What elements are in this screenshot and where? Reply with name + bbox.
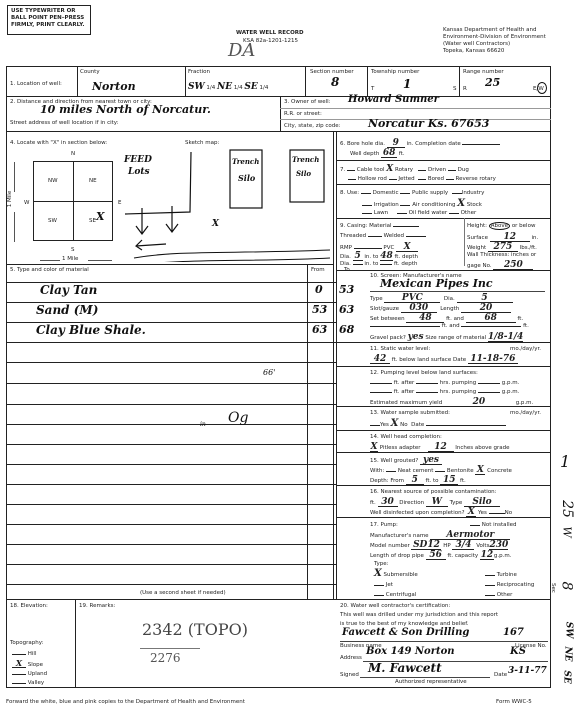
not-installed-label: Not installed [482,522,517,528]
note-66: 66' [263,368,275,377]
static-value[interactable]: 42 [370,355,390,364]
capacity-value[interactable]: 12 [480,551,494,560]
address-label: Address [340,655,362,661]
sample-no: No [400,422,407,428]
completion-label: Completion date [415,141,461,147]
hp-value[interactable]: 3/4 [452,541,474,550]
grout-depth-from: Depth: From [370,478,404,484]
grid-se: SE [89,218,96,224]
pump-mfr[interactable]: Aermotor [430,531,510,540]
range-r: R [463,86,467,92]
screen-type[interactable]: PVC [384,294,440,303]
hill-check[interactable] [12,654,26,655]
owner-value[interactable]: Howard Sumner [348,96,439,104]
public-supply-check[interactable] [400,193,410,194]
centrifugal-label: Centrifugal [386,592,416,598]
disinfected-no: No [505,510,512,516]
neat-cement-check[interactable] [386,471,396,472]
surface-row: Surface 12 in. [467,233,538,242]
hrs-1: hrs. pumping [440,380,476,386]
wellhead-row: X Pitless adapter 12 Inches above grade [370,443,510,452]
concrete-label: Concrete [487,468,512,474]
agency-line4: Topeka, Kansas 66620 [443,48,504,54]
gpm-1: g.p.m. [502,380,520,386]
public-supply-label: Public supply [412,190,448,196]
fraction-2: NE [217,82,232,92]
method-row-1: 7. Cable tool X Rotary Driven Dug [340,165,469,173]
lawn-label: Lawn [374,210,388,216]
wellhead-label: 14. Well head completion: [370,434,442,440]
turbine-label: Turbine [497,572,517,578]
compass-n: N [71,151,75,157]
gage-label: gage No. [467,263,492,269]
owner-label: 3. Owner of well: [284,99,331,105]
city-value[interactable]: Norcatur Ks. 67653 [368,120,489,128]
reverse-rotary-check[interactable] [446,179,454,180]
sample-yes: Yes [380,422,389,428]
material-3: Clay Blue Shale. [36,326,146,334]
capacity-label: ft. capacity [447,553,478,559]
county-label: County [80,69,100,75]
domestic-check[interactable] [361,193,371,194]
screen-dia[interactable]: 5 [457,294,513,303]
signature[interactable]: M. Fawcett [368,664,442,672]
contamination-label: 16. Nearest source of possible contamina… [370,489,497,495]
materials-label: 5. Type and color of material [10,267,89,273]
threaded-label: Threaded [340,233,366,239]
pump-label: 17. Pump: [370,522,398,528]
lbs-label: lbs./ft. [520,245,537,251]
to-1[interactable]: 53 [339,286,354,294]
cont-type[interactable]: Silo [464,498,500,507]
oil-field-check[interactable] [397,213,407,214]
sketch-feed: FEED [124,156,152,164]
township-t: T [371,86,374,92]
grout-with-row: With: Neat cement Bentonite X Concrete [370,466,512,475]
from-2: 53 [312,306,327,314]
stamp: DA [228,40,255,61]
industry-check[interactable] [452,193,462,194]
surface-value[interactable]: 12 [490,233,530,242]
other-use-check[interactable] [449,213,459,214]
bore-label: 6. Bore hole dia. [340,141,385,147]
grout-ft: ft. [460,478,466,484]
casing-to2[interactable] [380,264,392,265]
threaded-row: Threaded Welded [340,233,426,239]
height-label: Height: [467,223,487,229]
slot-value[interactable]: 030 [401,304,437,313]
sample-date-fmt: mo./day/yr. [510,410,541,416]
cert-date[interactable]: 3-11-77 [508,667,547,675]
cert-text1: This well was drilled under my jurisdict… [340,612,498,618]
size-label: Size range of material [425,335,486,341]
grout-value[interactable]: yes [420,456,442,465]
rmp-label: RMP [340,245,352,251]
sketch-map: FEED Lots Trench Silo Trench Silo X [120,146,330,262]
bored-label: Bored [428,176,444,182]
range-label: Range number [463,69,504,75]
volts-label: Volts [476,543,489,549]
cont-type-label: Type [450,500,463,506]
license-no[interactable]: 167 [503,629,524,637]
grout-from-value[interactable]: 5 [406,476,424,485]
pump-types-right: Turbine Reciprocating Other [485,570,534,600]
instructions-box: USE TYPEWRITER OR BALL POINT PEN–PRESS F… [7,5,91,35]
quarter-1: 1/4 [206,85,215,91]
section-value[interactable]: 8 [331,78,339,86]
disinfected-yes: Yes [478,510,487,516]
margin-q1: SW [564,622,572,639]
set2-from[interactable] [370,326,440,327]
city-label: City, state, zip code: [284,123,340,129]
industry-label: Industry [462,190,485,196]
dug-check[interactable] [448,170,456,171]
quarter-2: 1/4 [234,85,243,91]
welded-label: Welded [384,233,404,239]
sketch-trench-2: Trench [292,156,319,164]
pvc-mark[interactable]: X [396,243,418,252]
valley-check[interactable] [12,683,26,684]
topography-options: Hill X Slope Upland Valley [12,650,47,688]
margin-sec-label: Sec [550,583,556,593]
set2-ft: ft. [523,323,529,329]
surface-label: Surface [467,235,488,241]
pitless-check[interactable]: X [370,443,378,452]
domestic-label: Domestic [373,190,399,196]
margin-q2: NE [564,646,572,661]
form-number: Form WWC-5 [496,699,532,705]
casing-dia2[interactable] [353,264,363,265]
gravel-label: Gravel pack? [370,335,406,341]
set-label: Set between [370,316,405,322]
reverse-rotary-label: Reverse rotary [456,176,496,182]
casing-material[interactable] [393,226,419,227]
ft-after-1: ft. after [394,380,415,386]
volts-value[interactable]: 230 [489,541,508,550]
signed-label: Signed [340,672,359,678]
bore-row: 6. Bore hole dia. 9 in. Completion date [340,139,500,148]
cable-tool-label: Cable tool [357,167,385,173]
pump-gpm-1[interactable] [478,383,500,384]
slot-label: Slot/gauze [370,306,399,312]
grout-with: With: [370,468,384,474]
rotary-label: Rotary [395,167,413,173]
margin-q3: SE [563,670,571,683]
mile-label-vertical: 1 Mile [7,191,13,207]
sketch-silo-1: Silo [238,174,255,182]
instructions-text: USE TYPEWRITER OR BALL POINT PEN–PRESS F… [11,8,87,29]
casing-to[interactable]: 48 [380,252,393,261]
inches-above-label: Inches above grade [455,445,509,451]
completion-date[interactable] [462,144,500,145]
margin-t: 1 [560,458,570,466]
reciprocating-label: Reciprocating [497,582,535,588]
pump-model-row: Model number SD12 HP 3/4 Volts230 [370,541,508,550]
irrigation-label: Irrigation [374,202,399,208]
disinfected-no-check[interactable] [489,513,505,514]
casing-dia2-label: Dia. [340,261,351,267]
grout-to-value[interactable]: 15 [440,476,458,485]
submersible-check[interactable]: X [374,568,382,579]
sketch-well-x: X [212,220,219,228]
elevation-label: 18. Elevation: [10,603,48,609]
jet-check[interactable] [374,585,384,586]
or-below: or below [512,223,536,229]
slope-check[interactable]: X [12,659,26,668]
hollow-rod-label: Hollow rod [358,176,387,182]
pump-type-label: Type: [374,561,389,567]
use-row-2: Irrigation Air conditioning X Stock [362,200,482,208]
set2-row: ft. and ft. [370,323,529,329]
set2-to[interactable] [461,326,521,327]
topography-label: Topography: [10,640,43,646]
air-conditioning-label: Air conditioning [412,202,455,208]
screen-manufacturer[interactable]: Mexican Pipes Inc [380,280,493,288]
margin-r: 25 [563,500,571,518]
gpm-2: g.p.m. [502,389,520,395]
township-s: S [453,86,457,92]
screen-dia-label: Dia. [444,296,455,302]
drop-label: Length of drop pipe [370,553,424,559]
wall-row: Wall Thickness: inches or [467,252,536,258]
section-grid[interactable]: NW NE SW SE X [33,161,113,241]
valley-label: Valley [28,680,44,686]
grout-ft-to: ft. to [425,478,438,484]
pump-ft-1[interactable] [370,383,392,384]
centrifugal-check[interactable] [374,595,384,596]
mile-label-horizontal: 1 Mile [62,256,78,262]
drop-value[interactable]: 56 [426,551,446,560]
casing-dia-label: Dia. [340,254,351,260]
cont-distance[interactable]: 30 [378,498,398,507]
grout-label: 15. Well grouted? [370,458,418,464]
set-ft-and: ft. and [446,316,464,322]
sample-no-check[interactable]: X [391,418,399,429]
casing-dia2-row: Dia. in. to ft. depth [340,261,417,267]
set2-ft-and: ft. and [442,323,460,329]
sketch-lots: Lots [128,168,150,176]
casing-material-row: 9. Casing: Material [340,223,419,229]
other-pump-check[interactable] [485,595,495,596]
depth-label: Well depth [350,151,379,157]
fraction-1: SW [188,82,205,92]
method-row-2: Hollow rod Jetted Bored Reverse rotary [348,176,496,182]
inches-value[interactable]: 12 [428,443,454,452]
contamination-row: ft. 30 Direction W Type Silo [370,498,500,507]
sketch-silo-2: Silo [296,170,311,178]
concrete-check[interactable]: X [475,466,485,475]
address-state: KS [510,648,526,656]
set-ft: ft. [517,316,523,322]
bentonite-check[interactable] [435,471,445,472]
irrigation-check[interactable] [362,205,372,206]
hill-label: Hill [28,651,37,657]
slope-label: Slope [28,662,43,668]
range-value[interactable]: 25 [485,79,500,87]
other-use-label: Other [461,210,477,216]
submersible-label: Submersible [384,572,418,578]
gage-row: gage No. 250 [467,261,533,270]
grid-ne: NE [89,178,97,184]
casing-in-to: in. to [364,254,378,260]
disinfected-row: Well disinfected upon completion? X Yes … [370,508,512,517]
pump-ft-2[interactable] [370,392,392,393]
other-pump-label: Other [497,592,513,598]
sketch-trench-1: Trench [232,158,259,166]
fraction-field[interactable]: SW 1/4 NE 1/4 SE 1/4 [188,83,268,91]
rmp-field[interactable] [354,248,382,249]
sample-row: Yes X No Date [370,420,506,428]
note-in: in [200,421,206,428]
use-row-1: 8. Use: Domestic Public supply Industry [340,190,484,196]
address-value[interactable]: Box 149 Norton [366,648,455,656]
pump-mfr-label: Manufacturer's name [370,533,429,539]
remarks-label: 19. Remarks: [79,603,115,609]
hp-label: HP [443,543,450,549]
jetted-check[interactable] [389,179,397,180]
margin-ew: W [563,526,571,537]
pump-types-left: X Submersible Jet Centrifugal [374,570,418,600]
depth-row: Well depth 68 ft. [350,149,405,158]
threaded-field[interactable] [368,236,382,237]
drop-pipe-row: Length of drop pipe 56 ft. capacity 12g.… [370,551,511,560]
remarks-line2: 2276 [150,651,181,665]
oil-field-label: Oil field water [409,210,447,216]
compass-w: W [24,200,29,206]
location-mark: X [96,213,105,221]
air-conditioning-check[interactable] [400,205,410,206]
jetted-label: Jetted [398,176,414,182]
cert-date-label: Date [494,672,507,678]
pumping-row-2: ft. after hrs. pumping g.p.m. [370,389,519,395]
casing-label: 9. Casing: Material [340,223,392,229]
county-value[interactable]: Norton [92,83,136,91]
grout-row: 15. Well grouted? yes [370,456,442,465]
disinfected-yes-check[interactable]: X [466,508,476,517]
casing-in-to2: in. to [364,261,378,267]
slot-row: Slot/gauze 030 Length 20 [370,304,511,313]
static-date-fmt: mo./day/yr. [510,346,541,352]
set-from[interactable]: 48 [406,314,444,323]
driven-check[interactable] [418,170,426,171]
size-value[interactable]: 1/8-1/4 [488,333,523,342]
pump-model[interactable]: SD12 [411,541,441,550]
pump-hrs-1[interactable] [416,383,438,384]
locate-label: 4. Locate with "X" in section below: [10,140,107,146]
hollow-rod-check[interactable] [348,179,356,180]
location-label: 1. Location of well: [10,81,62,87]
to-2[interactable]: 63 [339,306,354,314]
use-label: 8. Use: [340,190,359,196]
capacity-gpm: g.p.m. [494,553,512,559]
set-to[interactable]: 68 [466,314,516,323]
grout-depth-row: Depth: From 5 ft. to 15 ft. [370,476,466,485]
agency-line1: Kansas Department of Health and [443,27,536,33]
length-label: Length [440,306,459,312]
gravel-value[interactable]: yes [408,332,424,342]
bentonite-label: Bentonite [447,468,474,474]
length-value[interactable]: 20 [461,304,511,313]
business-name[interactable]: Fawcett & Son Drilling [342,629,469,637]
well-depth[interactable]: 68 [381,149,397,158]
sample-date[interactable] [426,425,506,426]
weight-row: Weight 275 lbs./ft. [467,243,537,252]
height-row: Height: Above or below [467,223,535,229]
casing-dia-row: Dia. 5 in. to 48 ft. depth [340,252,418,261]
township-value[interactable]: 1 [403,80,411,88]
stock-label: Stock [467,202,482,208]
cont-direction-label: Direction [399,500,424,506]
material-1: Clay Tan [40,286,97,294]
street-label: Street address of well location if in ci… [10,120,119,126]
agency-line3: (Water well Contractors) [443,41,510,47]
not-installed-check[interactable] [470,525,480,526]
fraction-3: SE [244,82,257,92]
materials-footer: (Use a second sheet if needed) [140,590,226,596]
screen-type-row: Type PVC Dia. 5 [370,294,513,303]
weight-label: Weight [467,245,486,251]
form-title: WATER WELL RECORD [236,30,304,36]
static-row: 42 ft. below land surface Date 11-18-76 [370,355,518,364]
lawn-check[interactable] [362,213,372,214]
screen-type-label: Type [370,296,383,302]
rr-label: R.R. or street: [284,111,322,117]
static-date[interactable]: 11-18-76 [468,355,518,364]
surface-in: in. [531,235,538,241]
bored-check[interactable] [418,179,426,180]
rotary-check[interactable]: X [386,164,393,174]
to-3[interactable]: 68 [339,326,354,334]
cert-label: 20. Water well contractor's certificatio… [340,603,450,609]
distance-value[interactable]: 10 miles North of Norcatur. [40,106,211,114]
above-circled[interactable]: Above [489,222,510,230]
reciprocating-check[interactable] [485,585,495,586]
rmp-row: RMP PVC X [340,243,418,252]
pitless-label: Pitless adapter [380,445,421,451]
bore-in: in. [407,141,414,147]
compass-s: S [71,247,75,253]
cable-tool-check[interactable] [347,170,355,171]
sample-yes-check[interactable] [370,425,380,426]
stock-check[interactable]: X [457,198,465,209]
gage-value[interactable]: 250 [493,261,533,270]
driven-label: Driven [428,167,446,173]
remarks-line1[interactable]: 2342 (TOPO) [142,620,248,639]
disinfected-label: Well disinfected upon completion? [370,510,465,516]
township-label: Township number [371,69,419,75]
not-installed-row: Not installed [470,522,516,528]
casing-dia[interactable]: 5 [353,252,363,261]
from-3: 63 [312,326,327,334]
pump-hrs-2[interactable] [416,392,438,393]
pumping-row-1: ft. after hrs. pumping g.p.m. [370,380,519,386]
dug-label: Dug [458,167,469,173]
upland-check[interactable] [12,674,26,675]
pump-gpm-2[interactable] [478,392,500,393]
pump-mfr-row: Manufacturer's name Aermotor [370,531,510,540]
bore-dia[interactable]: 9 [387,139,405,148]
ft-after-2: ft. after [394,389,415,395]
material-2: Sand (M) [36,306,98,314]
turbine-check[interactable] [485,575,495,576]
cont-direction[interactable]: W [426,498,448,507]
welded-field[interactable] [406,236,426,237]
static-label: 11. Static water level: [370,346,430,352]
grid-sw: SW [48,218,57,224]
note-og: Og [228,410,248,426]
pumping-label: 12. Pumping level below land surfaces: [370,370,478,376]
weight-value[interactable]: 275 [488,243,518,252]
